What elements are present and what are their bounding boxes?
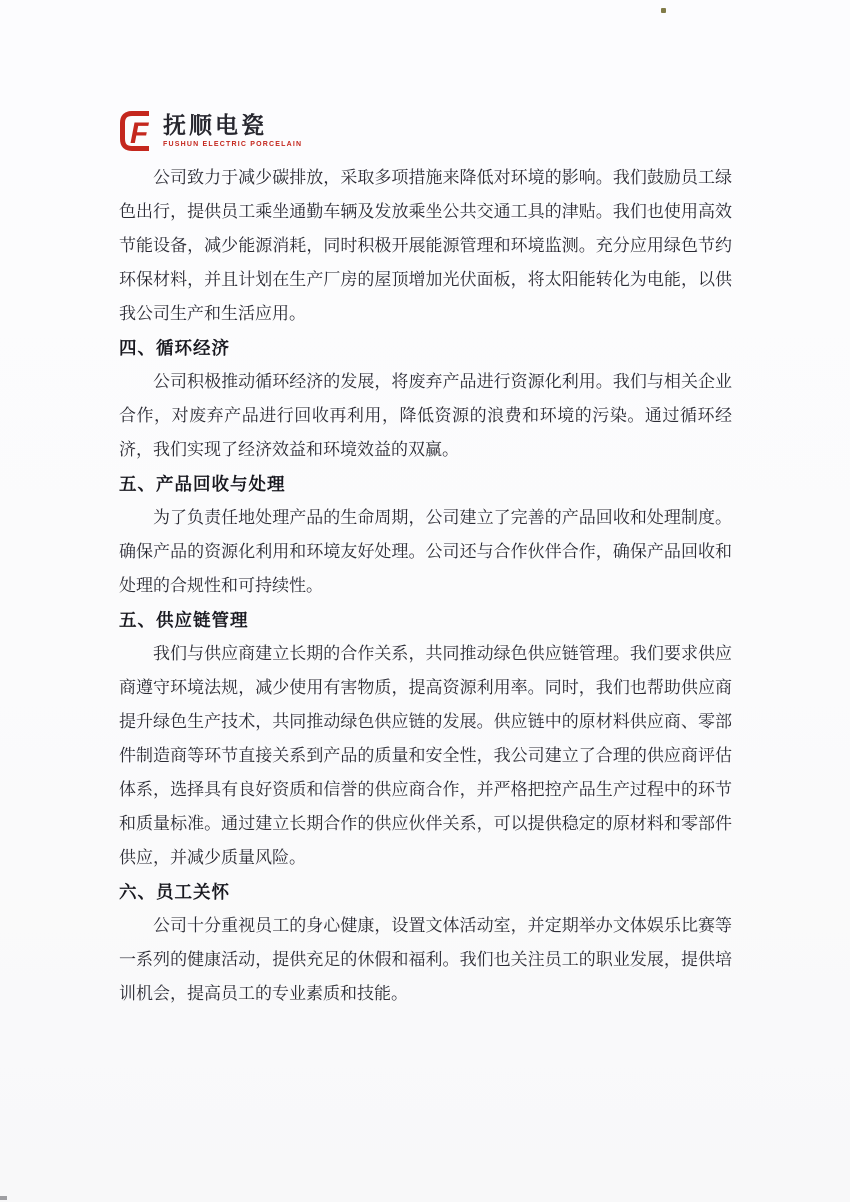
section-heading: 五、产品回收与处理 xyxy=(119,467,732,501)
paragraph: 公司积极推动循环经济的发展，将废弃产品进行资源化利用。我们与相关企业合作，对废弃… xyxy=(119,365,732,467)
section-supply-chain: 五、供应链管理 我们与供应商建立长期的合作关系，共同推动绿色供应链管理。我们要求… xyxy=(119,603,732,875)
section-employee-care: 六、员工关怀 公司十分重视员工的身心健康，设置文体活动室，并定期举办文体娱乐比赛… xyxy=(119,875,732,1011)
section-heading: 五、供应链管理 xyxy=(119,603,732,637)
logo-name-cn: 抚顺电瓷 xyxy=(163,112,302,138)
section-circular-economy: 四、循环经济 公司积极推动循环经济的发展，将废弃产品进行资源化利用。我们与相关企… xyxy=(119,331,732,467)
section-product-recycling: 五、产品回收与处理 为了负责任地处理产品的生命周期，公司建立了完善的产品回收和处… xyxy=(119,467,732,603)
document-body: 公司致力于减少碳排放，采取多项措施来降低对环境的影响。我们鼓励员工绿色出行，提供… xyxy=(119,161,732,1011)
section-heading: 六、员工关怀 xyxy=(119,875,732,909)
page-sheet: F 抚顺电瓷 FUSHUN ELECTRIC PORCELAIN 公司致力于减少… xyxy=(0,0,850,1202)
page-content: F 抚顺电瓷 FUSHUN ELECTRIC PORCELAIN 公司致力于减少… xyxy=(119,110,732,1011)
paragraph: 公司致力于减少碳排放，采取多项措施来降低对环境的影响。我们鼓励员工绿色出行，提供… xyxy=(119,161,732,331)
logo-name-en: FUSHUN ELECTRIC PORCELAIN xyxy=(163,140,302,149)
section-environment: 公司致力于减少碳排放，采取多项措施来降低对环境的影响。我们鼓励员工绿色出行，提供… xyxy=(119,161,732,331)
svg-text:F: F xyxy=(130,117,149,150)
scan-speck xyxy=(661,8,666,13)
paragraph: 为了负责任地处理产品的生命周期，公司建立了完善的产品回收和处理制度。确保产品的资… xyxy=(119,501,732,603)
section-heading: 四、循环经济 xyxy=(119,331,732,365)
logo-text: 抚顺电瓷 FUSHUN ELECTRIC PORCELAIN xyxy=(163,110,302,149)
scan-corner-mark xyxy=(0,1196,7,1200)
paragraph: 我们与供应商建立长期的合作关系，共同推动绿色供应链管理。我们要求供应商遵守环境法… xyxy=(119,637,732,875)
company-logo: F 抚顺电瓷 FUSHUN ELECTRIC PORCELAIN xyxy=(119,110,732,154)
paragraph: 公司十分重视员工的身心健康，设置文体活动室，并定期举办文体娱乐比赛等一系列的健康… xyxy=(119,909,732,1011)
logo-cf-monogram-icon: F xyxy=(119,110,156,152)
